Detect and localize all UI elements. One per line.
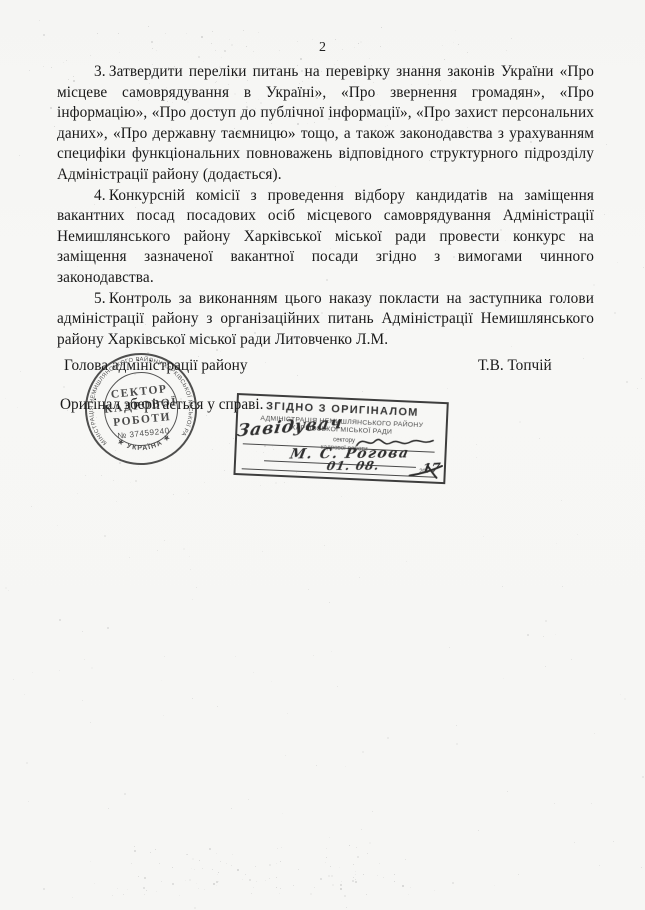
noise-dot [190, 569, 191, 570]
noise-dot [332, 884, 334, 886]
noise-dot [248, 799, 249, 800]
noise-dot [107, 627, 109, 629]
noise-dot [50, 107, 52, 109]
noise-dot [394, 881, 395, 882]
noise-dot [308, 589, 309, 590]
noise-dot [543, 636, 544, 637]
noise-dot [255, 866, 256, 867]
noise-dot [518, 874, 519, 875]
noise-dot [277, 848, 278, 849]
noise-dot [146, 890, 147, 891]
noise-dot [188, 493, 189, 494]
noise-dot [362, 751, 364, 753]
noise-dot [599, 865, 600, 866]
noise-dot [357, 856, 359, 858]
noise-dot [359, 577, 360, 578]
noise-dot [281, 847, 282, 848]
noise-dot [221, 57, 222, 58]
noise-dot [320, 878, 322, 880]
noise-dot [449, 647, 450, 648]
noise-dot [108, 808, 109, 809]
noise-dot [455, 30, 456, 31]
noise-dot [19, 155, 20, 156]
noise-dot [229, 443, 230, 444]
noise-dot [161, 680, 162, 681]
noise-dot [606, 144, 607, 145]
noise-dot [349, 845, 350, 846]
noise-dot [260, 485, 261, 486]
noise-dot [97, 33, 98, 34]
noise-dot [434, 890, 435, 891]
noise-dot [325, 862, 326, 863]
noise-dot [275, 482, 277, 484]
noise-dot [189, 556, 190, 557]
signatory-name: Т.В. Топчій [478, 357, 552, 375]
noise-dot [641, 867, 642, 868]
noise-dot [410, 887, 411, 888]
noise-dot [617, 262, 618, 263]
noise-dot [326, 857, 327, 858]
noise-dot [94, 883, 95, 884]
noise-dot [331, 875, 333, 877]
noise-dot [613, 841, 614, 842]
noise-dot [54, 126, 55, 127]
noise-dot [13, 679, 14, 680]
noise-dot [186, 33, 187, 34]
noise-dot [57, 525, 58, 526]
noise-dot [591, 803, 592, 804]
noise-dot [43, 34, 45, 36]
noise-dot [155, 849, 156, 850]
noise-dot [243, 30, 244, 31]
noise-dot [131, 863, 132, 864]
noise-dot [202, 868, 203, 869]
noise-dot [381, 27, 382, 28]
noise-dot [226, 863, 227, 864]
noise-dot [5, 398, 6, 399]
noise-dot [554, 803, 555, 804]
noise-dot [218, 872, 219, 873]
noise-dot [138, 876, 139, 877]
noise-dot [269, 864, 271, 866]
noise-dot [478, 830, 479, 831]
noise-dot [282, 813, 283, 814]
noise-dot [356, 847, 357, 848]
noise-dot [406, 561, 407, 562]
noise-dot [367, 853, 368, 854]
noise-dot [134, 846, 135, 847]
noise-dot [159, 863, 160, 864]
noise-dot [217, 874, 218, 875]
noise-dot [101, 475, 102, 476]
noise-dot [242, 879, 243, 880]
noise-dot [626, 381, 628, 383]
noise-dot [345, 766, 346, 767]
noise-dot [503, 678, 504, 679]
noise-dot [641, 378, 642, 379]
noise-dot [24, 694, 25, 695]
noise-dot [293, 885, 294, 886]
noise-dot [577, 534, 578, 535]
noise-dot [329, 602, 330, 603]
noise-dot [63, 386, 65, 388]
noise-dot [150, 852, 151, 853]
archive-note: Оригінал зберігається у справі. [60, 396, 263, 414]
noise-dot [233, 438, 234, 439]
noise-dot [341, 881, 342, 882]
noise-dot [249, 879, 251, 881]
noise-dot [251, 893, 252, 894]
noise-dot [280, 861, 281, 862]
noise-dot [212, 449, 213, 450]
noise-dot [8, 590, 9, 591]
noise-dot [90, 861, 91, 862]
noise-dot [194, 907, 196, 909]
noise-dot [355, 881, 357, 883]
noise-dot [328, 875, 330, 877]
noise-dot [337, 686, 338, 687]
noise-dot [112, 895, 113, 896]
noise-dot [43, 888, 45, 890]
noise-dot [32, 672, 33, 673]
noise-dot [527, 634, 529, 636]
noise-dot [28, 801, 29, 802]
noise-dot [218, 881, 219, 882]
noise-dot [262, 551, 263, 552]
noise-dot [185, 880, 186, 881]
noise-dot [340, 884, 342, 886]
noise-dot [643, 267, 644, 268]
noise-dot [165, 33, 166, 34]
noise-dot [555, 634, 556, 635]
noise-dot [494, 885, 495, 886]
noise-dot [192, 858, 194, 860]
noise-dot [574, 842, 575, 843]
noise-dot [201, 36, 203, 38]
document-body: 3. Затвердити переліки питань на перевір… [57, 62, 594, 350]
noise-dot [362, 391, 363, 392]
noise-dot [562, 586, 563, 587]
noise-dot [148, 26, 149, 27]
noise-dot [173, 494, 174, 495]
noise-dot [377, 875, 378, 876]
noise-dot [604, 214, 605, 215]
noise-dot [186, 854, 187, 855]
noise-dot [355, 871, 356, 872]
noise-dot [5, 587, 7, 589]
noise-dot [213, 883, 215, 885]
noise-dot [51, 67, 52, 68]
noise-dot [172, 883, 174, 885]
noise-dot [269, 878, 270, 879]
scanned-document-page: 2 3. Затвердити переліки питань на перев… [0, 0, 645, 910]
noise-dot [452, 882, 454, 884]
printed-position-line1: сектору [333, 436, 355, 444]
noise-dot [583, 358, 584, 359]
noise-dot [519, 421, 521, 423]
noise-dot [179, 895, 180, 896]
noise-dot [276, 887, 277, 888]
noise-dot [39, 20, 40, 21]
noise-dot [545, 666, 546, 667]
noise-dot [31, 506, 32, 507]
noise-dot [216, 853, 217, 854]
noise-dot [20, 371, 21, 372]
noise-dot [209, 848, 211, 850]
noise-dot [379, 863, 380, 864]
noise-dot [117, 888, 118, 889]
noise-dot [212, 869, 213, 870]
noise-dot [353, 864, 354, 865]
noise-dot [198, 888, 199, 889]
noise-dot [340, 888, 342, 890]
noise-dot [624, 698, 626, 700]
noise-dot [124, 793, 126, 795]
noise-dot [91, 667, 93, 669]
noise-dot [599, 132, 600, 133]
noise-dot [113, 480, 114, 481]
noise-dot [276, 877, 277, 878]
noise-dot [271, 681, 272, 682]
noise-dot [82, 700, 83, 701]
noise-dot [104, 535, 106, 537]
noise-dot [265, 880, 266, 881]
noise-dot [164, 656, 165, 657]
paragraph-5: 5. Контроль за виконанням цього наказу п… [57, 289, 594, 351]
noise-dot [387, 737, 389, 739]
noise-dot [300, 58, 302, 60]
noise-dot [280, 888, 281, 889]
noise-dot [556, 543, 557, 544]
noise-dot [135, 480, 137, 482]
noise-dot [192, 698, 193, 699]
noise-dot [594, 733, 595, 734]
noise-dot [483, 536, 484, 537]
noise-dot [189, 879, 191, 881]
noise-dot [502, 586, 503, 587]
noise-dot [545, 620, 547, 622]
noise-dot [561, 500, 562, 501]
noise-dot [405, 859, 406, 860]
noise-dot [310, 893, 312, 895]
handwritten-date: 01. 08. [325, 459, 381, 473]
noise-dot [316, 765, 317, 766]
noise-dot [369, 58, 370, 59]
noise-dot [212, 31, 213, 32]
noise-dot [204, 889, 205, 890]
noise-dot [196, 883, 197, 884]
noise-dot [372, 811, 373, 812]
noise-dot [118, 33, 119, 34]
noise-dot [206, 415, 207, 416]
noise-dot [235, 656, 236, 657]
noise-dot [187, 854, 188, 855]
noise-dot [161, 881, 162, 882]
noise-dot [220, 861, 221, 862]
noise-dot [331, 651, 332, 652]
noise-dot [183, 548, 185, 550]
noise-dot [447, 388, 448, 389]
noise-dot [199, 860, 200, 861]
noise-dot [326, 848, 327, 849]
noise-dot [383, 877, 384, 878]
noise-dot [196, 587, 197, 588]
noise-dot [352, 880, 354, 882]
noise-dot [344, 895, 346, 897]
noise-dot [476, 444, 477, 445]
noise-dot [129, 557, 130, 558]
noise-dot [116, 501, 117, 502]
noise-dot [330, 866, 331, 867]
noise-dot [85, 475, 86, 476]
noise-dot [172, 867, 173, 868]
noise-dot [130, 482, 131, 483]
noise-dot [143, 887, 145, 889]
noise-dot [220, 351, 221, 352]
noise-dot [90, 722, 91, 723]
noise-dot [43, 66, 44, 67]
noise-dot [237, 869, 239, 871]
noise-dot [339, 867, 340, 868]
noise-dot [287, 713, 288, 714]
noise-dot [285, 755, 286, 756]
noise-dot [476, 457, 477, 458]
noise-dot [369, 842, 371, 844]
noise-dot [361, 829, 362, 830]
year-strike-mark-icon [407, 463, 444, 481]
noise-dot [444, 59, 445, 60]
noise-dot [217, 706, 218, 707]
noise-dot [144, 877, 146, 879]
noise-dot [191, 868, 192, 869]
noise-dot [245, 874, 246, 875]
noise-dot [253, 672, 254, 673]
noise-dot [258, 32, 259, 33]
noise-dot [232, 854, 233, 855]
noise-dot [123, 894, 124, 895]
noise-dot [276, 863, 277, 864]
noise-dot [366, 894, 367, 895]
noise-dot [59, 619, 61, 621]
noise-dot [66, 60, 67, 61]
noise-dot [216, 881, 218, 883]
noise-dot [284, 482, 285, 483]
noise-dot [231, 865, 232, 866]
noise-dot [355, 874, 356, 875]
noise-dot [341, 496, 342, 497]
noise-dot [224, 470, 225, 471]
noise-dot [620, 694, 621, 695]
noise-dot [192, 599, 193, 600]
noise-dot [346, 907, 347, 908]
noise-dot [216, 885, 217, 886]
noise-dot [637, 388, 638, 389]
noise-dot [127, 889, 128, 890]
noise-dot [313, 655, 314, 656]
noise-dot [253, 887, 254, 888]
noise-dot [256, 881, 257, 882]
noise-dot [156, 891, 157, 892]
noise-dot [231, 808, 232, 809]
page-number: 2 [0, 40, 645, 56]
signatory-title: Голова адміністрації району [64, 357, 248, 375]
noise-dot [279, 893, 280, 894]
noise-dot [26, 762, 28, 764]
noise-dot [157, 550, 158, 551]
noise-dot [408, 894, 409, 895]
noise-dot [297, 375, 298, 376]
noise-dot [204, 482, 205, 483]
noise-dot [539, 438, 540, 439]
noise-dot [17, 407, 18, 408]
noise-dot [507, 791, 508, 792]
noise-dot [72, 897, 73, 898]
noise-dot [402, 885, 404, 887]
noise-dot [59, 670, 60, 671]
noise-dot [614, 312, 616, 314]
noise-dot [163, 715, 164, 716]
noise-dot [82, 631, 83, 632]
noise-dot [324, 545, 325, 546]
noise-dot [456, 743, 458, 745]
noise-dot [314, 887, 315, 888]
noise-dot [265, 362, 266, 363]
noise-dot [353, 877, 354, 878]
noise-dot [134, 850, 136, 852]
noise-dot [363, 874, 364, 875]
noise-dot [164, 540, 165, 541]
noise-dot [571, 659, 572, 660]
noise-dot [144, 894, 145, 895]
noise-dot [394, 874, 395, 875]
certification-stamp: ЗГІДНО З ОРИГІНАЛОМ АДМІНІСТРАЦІЯ НЕМИШЛ… [233, 393, 448, 484]
noise-dot [77, 493, 78, 494]
noise-dot [194, 869, 195, 870]
noise-dot [29, 70, 30, 71]
paragraph-4: 4. Конкурсній комісії з проведення відбо… [57, 186, 594, 289]
noise-dot [329, 837, 330, 838]
noise-dot [84, 659, 85, 660]
paragraph-3: 3. Затвердити переліки питань на перевір… [57, 62, 594, 186]
noise-dot [355, 879, 356, 880]
noise-dot [298, 869, 299, 870]
noise-dot [642, 776, 644, 778]
noise-dot [337, 60, 338, 61]
noise-dot [456, 725, 457, 726]
